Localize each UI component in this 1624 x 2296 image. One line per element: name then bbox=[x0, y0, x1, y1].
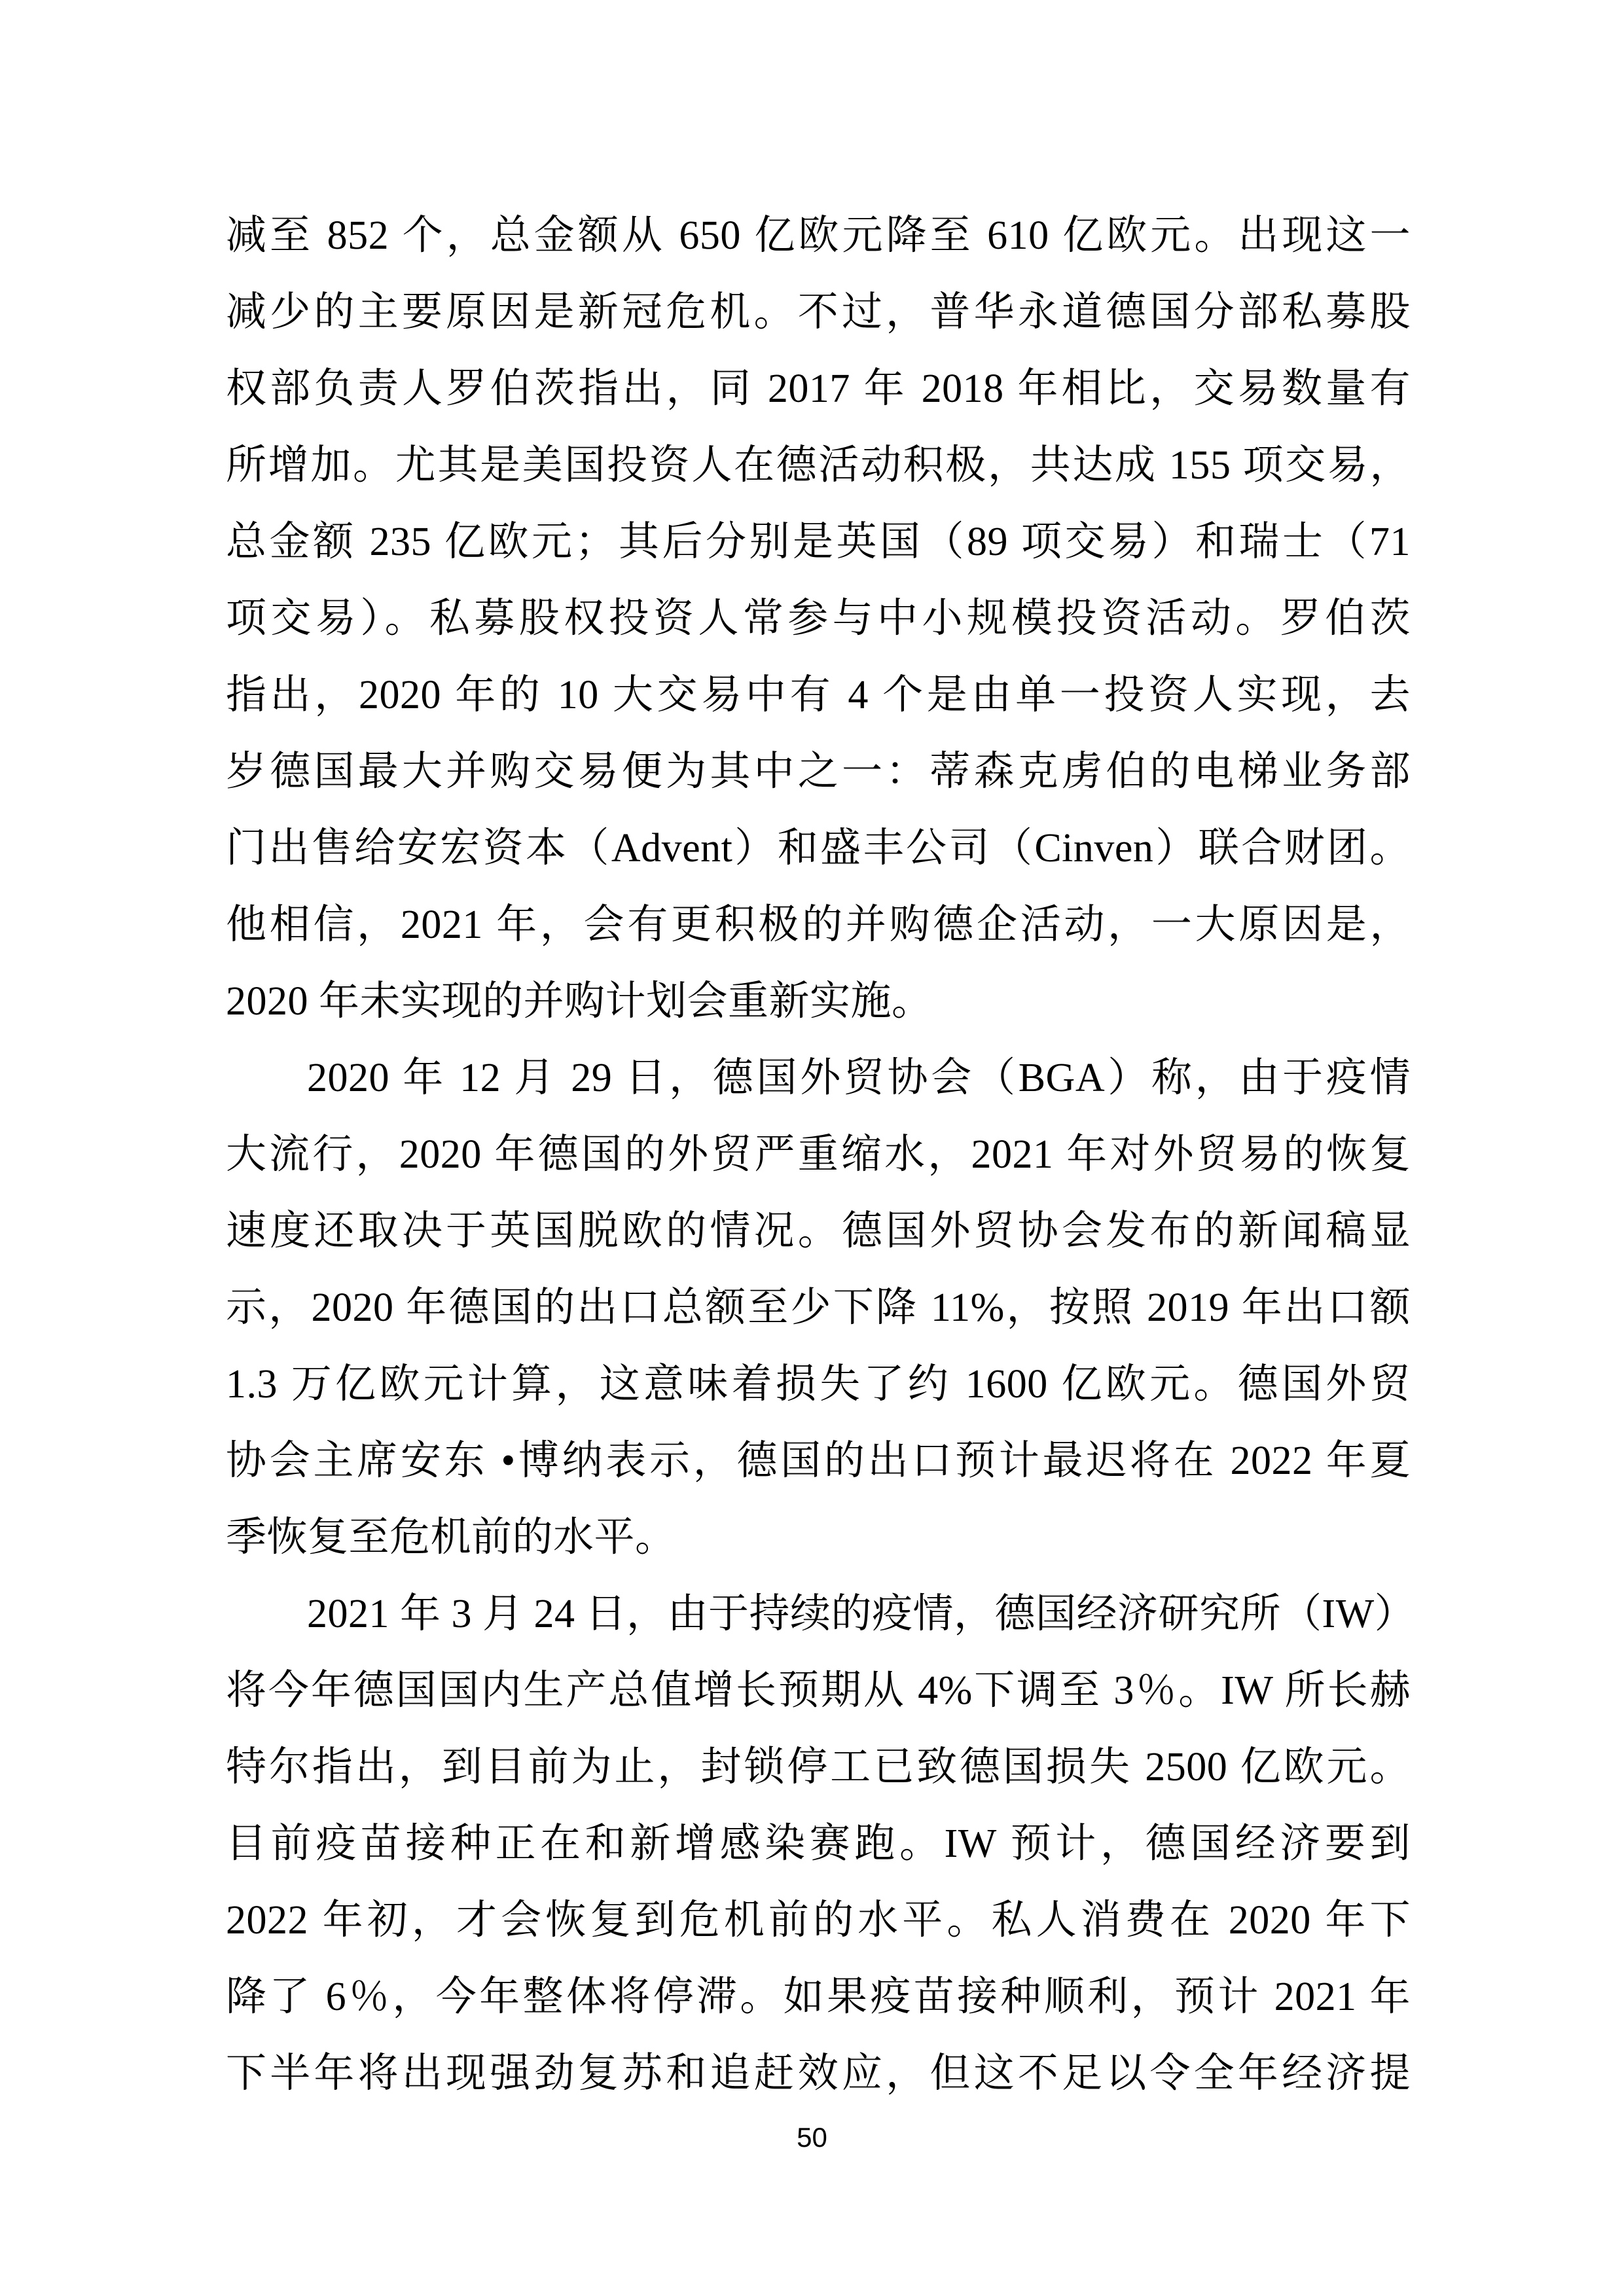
body-line: 2022 年初，才会恢复到危机前的水平。私人消费在 2020 年下 bbox=[226, 1882, 1411, 1959]
body-line: 下半年将出现强劲复苏和追赶效应，但这不足以令全年经济提 bbox=[226, 2036, 1411, 2112]
body-line: 速度还取决于英国脱欧的情况。德国外贸协会发布的新闻稿显 bbox=[226, 1193, 1411, 1270]
body-line: 1.3 万亿欧元计算，这意味着损失了约 1600 亿欧元。德国外贸 bbox=[226, 1346, 1411, 1423]
body-line-paragraph-end: 2020 年未实现的并购计划会重新实施。 bbox=[226, 963, 1411, 1040]
body-line: 特尔指出，到目前为止，封锁停工已致德国损失 2500 亿欧元。 bbox=[226, 1729, 1411, 1806]
body-line: 项交易）。私募股权投资人常参与中小规模投资活动。罗伯茨 bbox=[226, 581, 1411, 657]
body-line: 示，2020 年德国的出口总额至少下降 11%，按照 2019 年出口额 bbox=[226, 1270, 1411, 1346]
body-line: 所增加。尤其是美国投资人在德活动积极，共达成 155 项交易， bbox=[226, 427, 1411, 504]
document-text-block: 减至 852 个，总金额从 650 亿欧元降至 610 亿欧元。出现这一 减少的… bbox=[226, 198, 1411, 2112]
body-line: 门出售给安宏资本（Advent）和盛丰公司（Cinven）联合财团。 bbox=[226, 810, 1411, 887]
body-line: 总金额 235 亿欧元；其后分别是英国（89 项交易）和瑞士（71 bbox=[226, 504, 1411, 581]
body-line-paragraph-start: 2021 年 3 月 24 日，由于持续的疫情，德国经济研究所（IW） bbox=[226, 1576, 1411, 1653]
body-line: 指出，2020 年的 10 大交易中有 4 个是由单一投资人实现，去 bbox=[226, 657, 1411, 734]
page-number: 50 bbox=[797, 2122, 827, 2153]
body-line: 权部负责人罗伯茨指出，同 2017 年 2018 年相比，交易数量有 bbox=[226, 351, 1411, 427]
body-line: 大流行，2020 年德国的外贸严重缩水，2021 年对外贸易的恢复 bbox=[226, 1117, 1411, 1193]
body-line: 目前疫苗接种正在和新增感染赛跑。IW 预计，德国经济要到 bbox=[226, 1806, 1411, 1882]
document-page: 减至 852 个，总金额从 650 亿欧元降至 610 亿欧元。出现这一 减少的… bbox=[0, 0, 1624, 2296]
body-line: 协会主席安东 •博纳表示，德国的出口预计最迟将在 2022 年夏 bbox=[226, 1423, 1411, 1499]
body-line-paragraph-end: 季恢复至危机前的水平。 bbox=[226, 1499, 1411, 1576]
body-line: 减少的主要原因是新冠危机。不过，普华永道德国分部私募股 bbox=[226, 274, 1411, 351]
body-line-paragraph-start: 2020 年 12 月 29 日，德国外贸协会（BGA）称，由于疫情 bbox=[226, 1040, 1411, 1117]
body-line: 他相信，2021 年，会有更积极的并购德企活动，一大原因是， bbox=[226, 887, 1411, 963]
body-line: 降了 6％，今年整体将停滞。如果疫苗接种顺利，预计 2021 年 bbox=[226, 1959, 1411, 2036]
body-line: 岁德国最大并购交易便为其中之一：蒂森克虏伯的电梯业务部 bbox=[226, 734, 1411, 810]
page-footer: 50 bbox=[0, 2122, 1624, 2153]
body-line: 减至 852 个，总金额从 650 亿欧元降至 610 亿欧元。出现这一 bbox=[226, 198, 1411, 274]
body-line: 将今年德国国内生产总值增长预期从 4%下调至 3％。IW 所长赫 bbox=[226, 1653, 1411, 1729]
